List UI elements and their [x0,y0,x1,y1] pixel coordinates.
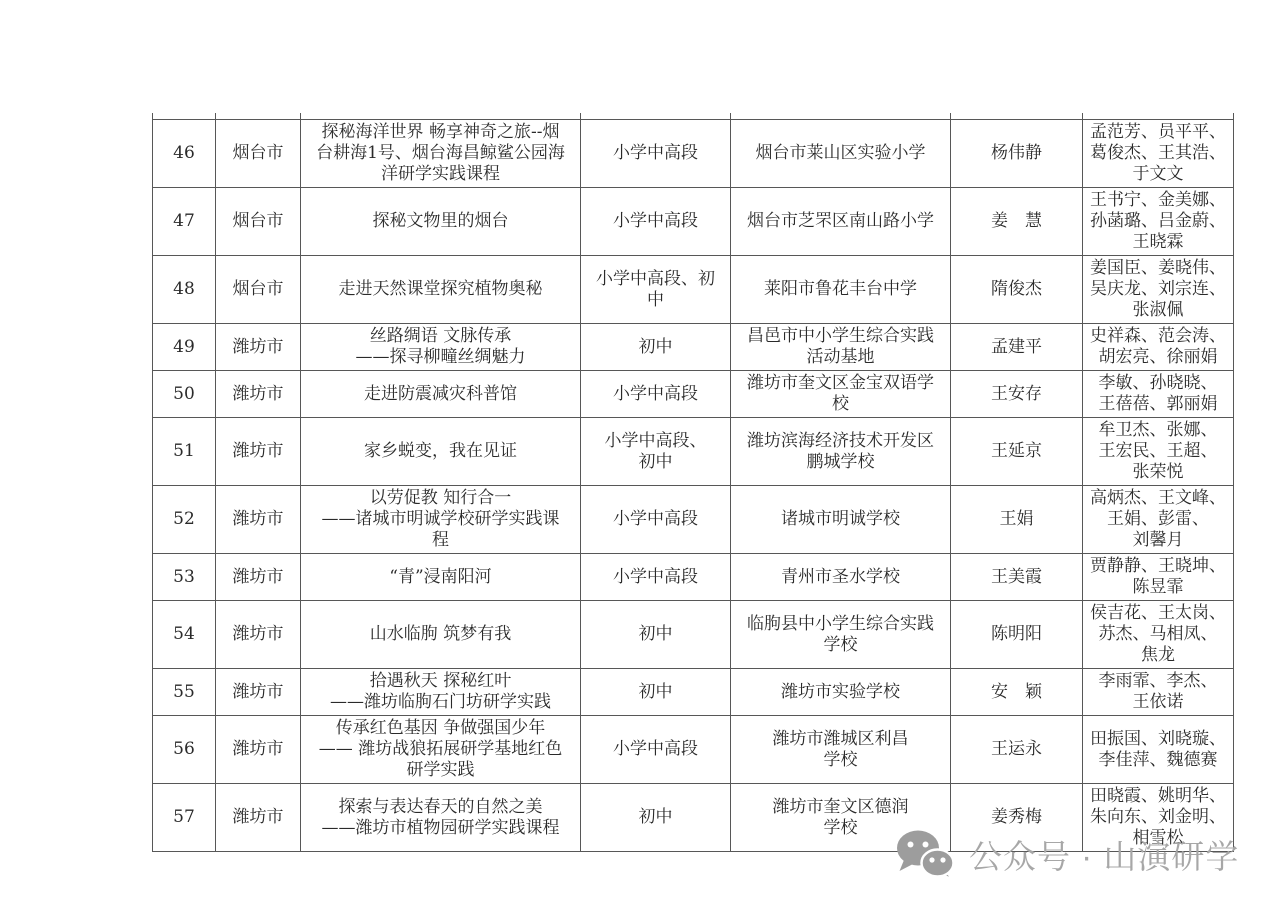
grade-level-cell: 小学中高段 [581,554,731,601]
team-members-cell: 姜国臣、姜晓伟、 吴庆龙、刘宗连、 张淑佩 [1083,256,1234,324]
leader-name-cell: 陈明阳 [951,601,1083,669]
grade-level-cell: 小学中高段 [581,486,731,554]
grid-line-stub [152,113,153,119]
table-body: 46烟台市探秘海洋世界 畅享神奇之旅--烟 台耕海1号、烟台海昌鲸鲨公园海 洋研… [153,120,1234,852]
team-members-cell: 孟范芳、员平平、 葛俊杰、王其浩、 于文文 [1083,120,1234,188]
program-name-cell: 传承红色基因 争做强国少年 —— 潍坊战狼拓展研学基地红色 研学实践 [301,716,581,784]
city-cell: 潍坊市 [216,601,301,669]
leader-name-cell: 王娟 [951,486,1083,554]
team-members-cell: 高炳杰、王文峰、 王娟、彭雷、 刘馨月 [1083,486,1234,554]
leader-name-cell: 王美霞 [951,554,1083,601]
team-members-cell: 王书宁、金美娜、 孙菡璐、吕金蔚、 王晓霖 [1083,188,1234,256]
grid-line-stub [730,113,731,119]
program-name-cell: 丝路绸语 文脉传承 ——探寻柳疃丝绸魅力 [301,324,581,371]
table-row: 48烟台市走进天然课堂探究植物奥秘小学中高段、初 中莱阳市鲁花丰台中学隋俊杰姜国… [153,256,1234,324]
program-name-cell: 探索与表达春天的自然之美 ——潍坊市植物园研学实践课程 [301,784,581,852]
row-number-cell: 51 [153,418,216,486]
row-number-cell: 46 [153,120,216,188]
table-row: 52潍坊市以劳促教 知行合一 ——诸城市明诚学校研学实践课 程小学中高段诸城市明… [153,486,1234,554]
row-number-cell: 54 [153,601,216,669]
school-cell: 临朐县中小学生综合实践 学校 [731,601,951,669]
table-row: 56潍坊市传承红色基因 争做强国少年 —— 潍坊战狼拓展研学基地红色 研学实践小… [153,716,1234,784]
row-number-cell: 55 [153,669,216,716]
row-number-cell: 53 [153,554,216,601]
grade-level-cell: 小学中高段、 初中 [581,418,731,486]
city-cell: 烟台市 [216,256,301,324]
city-cell: 潍坊市 [216,486,301,554]
table-row: 50潍坊市走进防震减灾科普馆小学中高段潍坊市奎文区金宝双语学 校王安存李敏、孙晓… [153,371,1234,418]
row-number-cell: 47 [153,188,216,256]
program-name-cell: 走进防震减灾科普馆 [301,371,581,418]
grade-level-cell: 初中 [581,669,731,716]
school-cell: 潍坊市奎文区金宝双语学 校 [731,371,951,418]
watermark: 公众号 · 山演研学 [896,828,1239,880]
leader-name-cell: 杨伟静 [951,120,1083,188]
grade-level-cell: 小学中高段 [581,188,731,256]
city-cell: 潍坊市 [216,784,301,852]
school-cell: 潍坊市潍城区利昌 学校 [731,716,951,784]
school-cell: 潍坊市实验学校 [731,669,951,716]
grid-line-stub [300,113,301,119]
program-list-table: 46烟台市探秘海洋世界 畅享神奇之旅--烟 台耕海1号、烟台海昌鲸鲨公园海 洋研… [152,119,1234,852]
team-members-cell: 史祥森、范会涛、 胡宏亮、徐丽娟 [1083,324,1234,371]
document-page: 46烟台市探秘海洋世界 畅享神奇之旅--烟 台耕海1号、烟台海昌鲸鲨公园海 洋研… [0,0,1280,905]
row-number-cell: 57 [153,784,216,852]
school-cell: 烟台市莱山区实验小学 [731,120,951,188]
grid-line-stub [950,113,951,119]
row-number-cell: 48 [153,256,216,324]
school-cell: 诸城市明诚学校 [731,486,951,554]
leader-name-cell: 王延京 [951,418,1083,486]
wechat-icon [896,829,956,879]
city-cell: 烟台市 [216,120,301,188]
program-name-cell: 探秘海洋世界 畅享神奇之旅--烟 台耕海1号、烟台海昌鲸鲨公园海 洋研学实践课程 [301,120,581,188]
table-row: 55潍坊市拾遇秋天 探秘红叶 ——潍坊临朐石门坊研学实践初中潍坊市实验学校安 颖… [153,669,1234,716]
city-cell: 潍坊市 [216,418,301,486]
team-members-cell: 田振国、刘晓璇、 李佳萍、魏德赛 [1083,716,1234,784]
grid-line-stub [580,113,581,119]
program-name-cell: 拾遇秋天 探秘红叶 ——潍坊临朐石门坊研学实践 [301,669,581,716]
program-name-cell: 家乡蜕变，我在见证 [301,418,581,486]
school-cell: 烟台市芝罘区南山路小学 [731,188,951,256]
team-members-cell: 贾静静、王晓坤、 陈昱霏 [1083,554,1234,601]
table-row: 51潍坊市家乡蜕变，我在见证小学中高段、 初中潍坊滨海经济技术开发区 鹏城学校王… [153,418,1234,486]
row-number-cell: 50 [153,371,216,418]
school-cell: 莱阳市鲁花丰台中学 [731,256,951,324]
program-name-cell: 山水临朐 筑梦有我 [301,601,581,669]
leader-name-cell: 安 颖 [951,669,1083,716]
program-name-cell: “青”浸南阳河 [301,554,581,601]
program-name-cell: 走进天然课堂探究植物奥秘 [301,256,581,324]
grade-level-cell: 小学中高段、初 中 [581,256,731,324]
grade-level-cell: 初中 [581,324,731,371]
grade-level-cell: 小学中高段 [581,716,731,784]
team-members-cell: 李雨霏、李杰、 王依诺 [1083,669,1234,716]
city-cell: 烟台市 [216,188,301,256]
city-cell: 潍坊市 [216,669,301,716]
table-row: 47烟台市探秘文物里的烟台小学中高段烟台市芝罘区南山路小学姜 慧王书宁、金美娜、… [153,188,1234,256]
school-cell: 昌邑市中小学生综合实践 活动基地 [731,324,951,371]
grade-level-cell: 初中 [581,601,731,669]
leader-name-cell: 王安存 [951,371,1083,418]
row-number-cell: 52 [153,486,216,554]
table-row: 54潍坊市山水临朐 筑梦有我初中临朐县中小学生综合实践 学校陈明阳侯吉花、王太岗… [153,601,1234,669]
grid-line-stub [1082,113,1083,119]
team-members-cell: 牟卫杰、张娜、 王宏民、王超、 张荣悦 [1083,418,1234,486]
table-row: 53潍坊市“青”浸南阳河小学中高段青州市圣水学校王美霞贾静静、王晓坤、 陈昱霏 [153,554,1234,601]
grade-level-cell: 小学中高段 [581,371,731,418]
leader-name-cell: 隋俊杰 [951,256,1083,324]
table-row: 49潍坊市丝路绸语 文脉传承 ——探寻柳疃丝绸魅力初中昌邑市中小学生综合实践 活… [153,324,1234,371]
team-members-cell: 侯吉花、王太岗、 苏杰、马相凤、 焦龙 [1083,601,1234,669]
leader-name-cell: 姜 慧 [951,188,1083,256]
school-cell: 潍坊滨海经济技术开发区 鹏城学校 [731,418,951,486]
grade-level-cell: 初中 [581,784,731,852]
program-name-cell: 以劳促教 知行合一 ——诸城市明诚学校研学实践课 程 [301,486,581,554]
row-number-cell: 49 [153,324,216,371]
city-cell: 潍坊市 [216,371,301,418]
team-members-cell: 李敏、孙晓晓、 王蓓蓓、郭丽娟 [1083,371,1234,418]
school-cell: 青州市圣水学校 [731,554,951,601]
watermark-label: 公众号 · 山演研学 [969,831,1239,878]
city-cell: 潍坊市 [216,716,301,784]
city-cell: 潍坊市 [216,324,301,371]
table-row: 46烟台市探秘海洋世界 畅享神奇之旅--烟 台耕海1号、烟台海昌鲸鲨公园海 洋研… [153,120,1234,188]
grid-line-stub [1233,113,1234,119]
program-name-cell: 探秘文物里的烟台 [301,188,581,256]
leader-name-cell: 孟建平 [951,324,1083,371]
grade-level-cell: 小学中高段 [581,120,731,188]
city-cell: 潍坊市 [216,554,301,601]
row-number-cell: 56 [153,716,216,784]
leader-name-cell: 王运永 [951,716,1083,784]
grid-line-stub [215,113,216,119]
